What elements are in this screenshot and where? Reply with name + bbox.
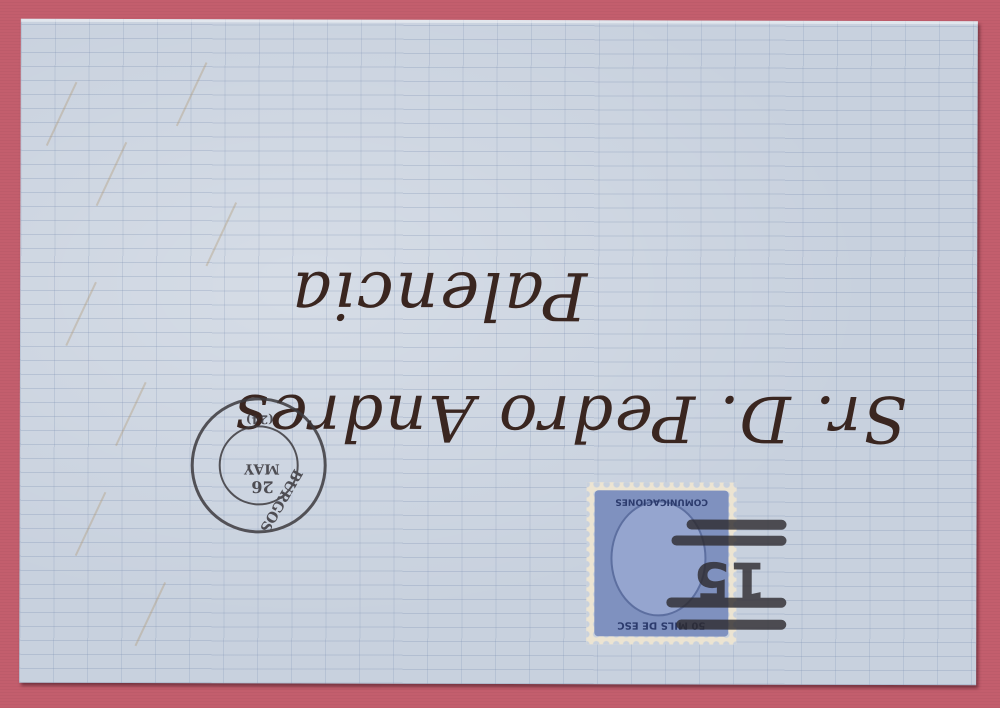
- postmark-day: 26: [251, 477, 273, 496]
- address-line-2: Palencia: [290, 256, 587, 334]
- burgos-postmark: BURGOS 26 MAY (24): [191, 397, 327, 533]
- upside-down-content: Sr. D. Pedro Andres Palencia BURGOS 26 M…: [19, 19, 978, 686]
- stamp-legend: COMUNICACIONES: [605, 496, 719, 506]
- postmark-month: MAY: [244, 460, 280, 476]
- letter-cover: Sr. D. Pedro Andres Palencia BURGOS 26 M…: [19, 19, 978, 686]
- numeral-cancel: 15: [666, 519, 786, 629]
- address-line-1: Sr. D. Pedro Andres: [233, 379, 907, 455]
- postmark-code: (24): [246, 412, 274, 426]
- cancel-number: 15: [694, 550, 767, 610]
